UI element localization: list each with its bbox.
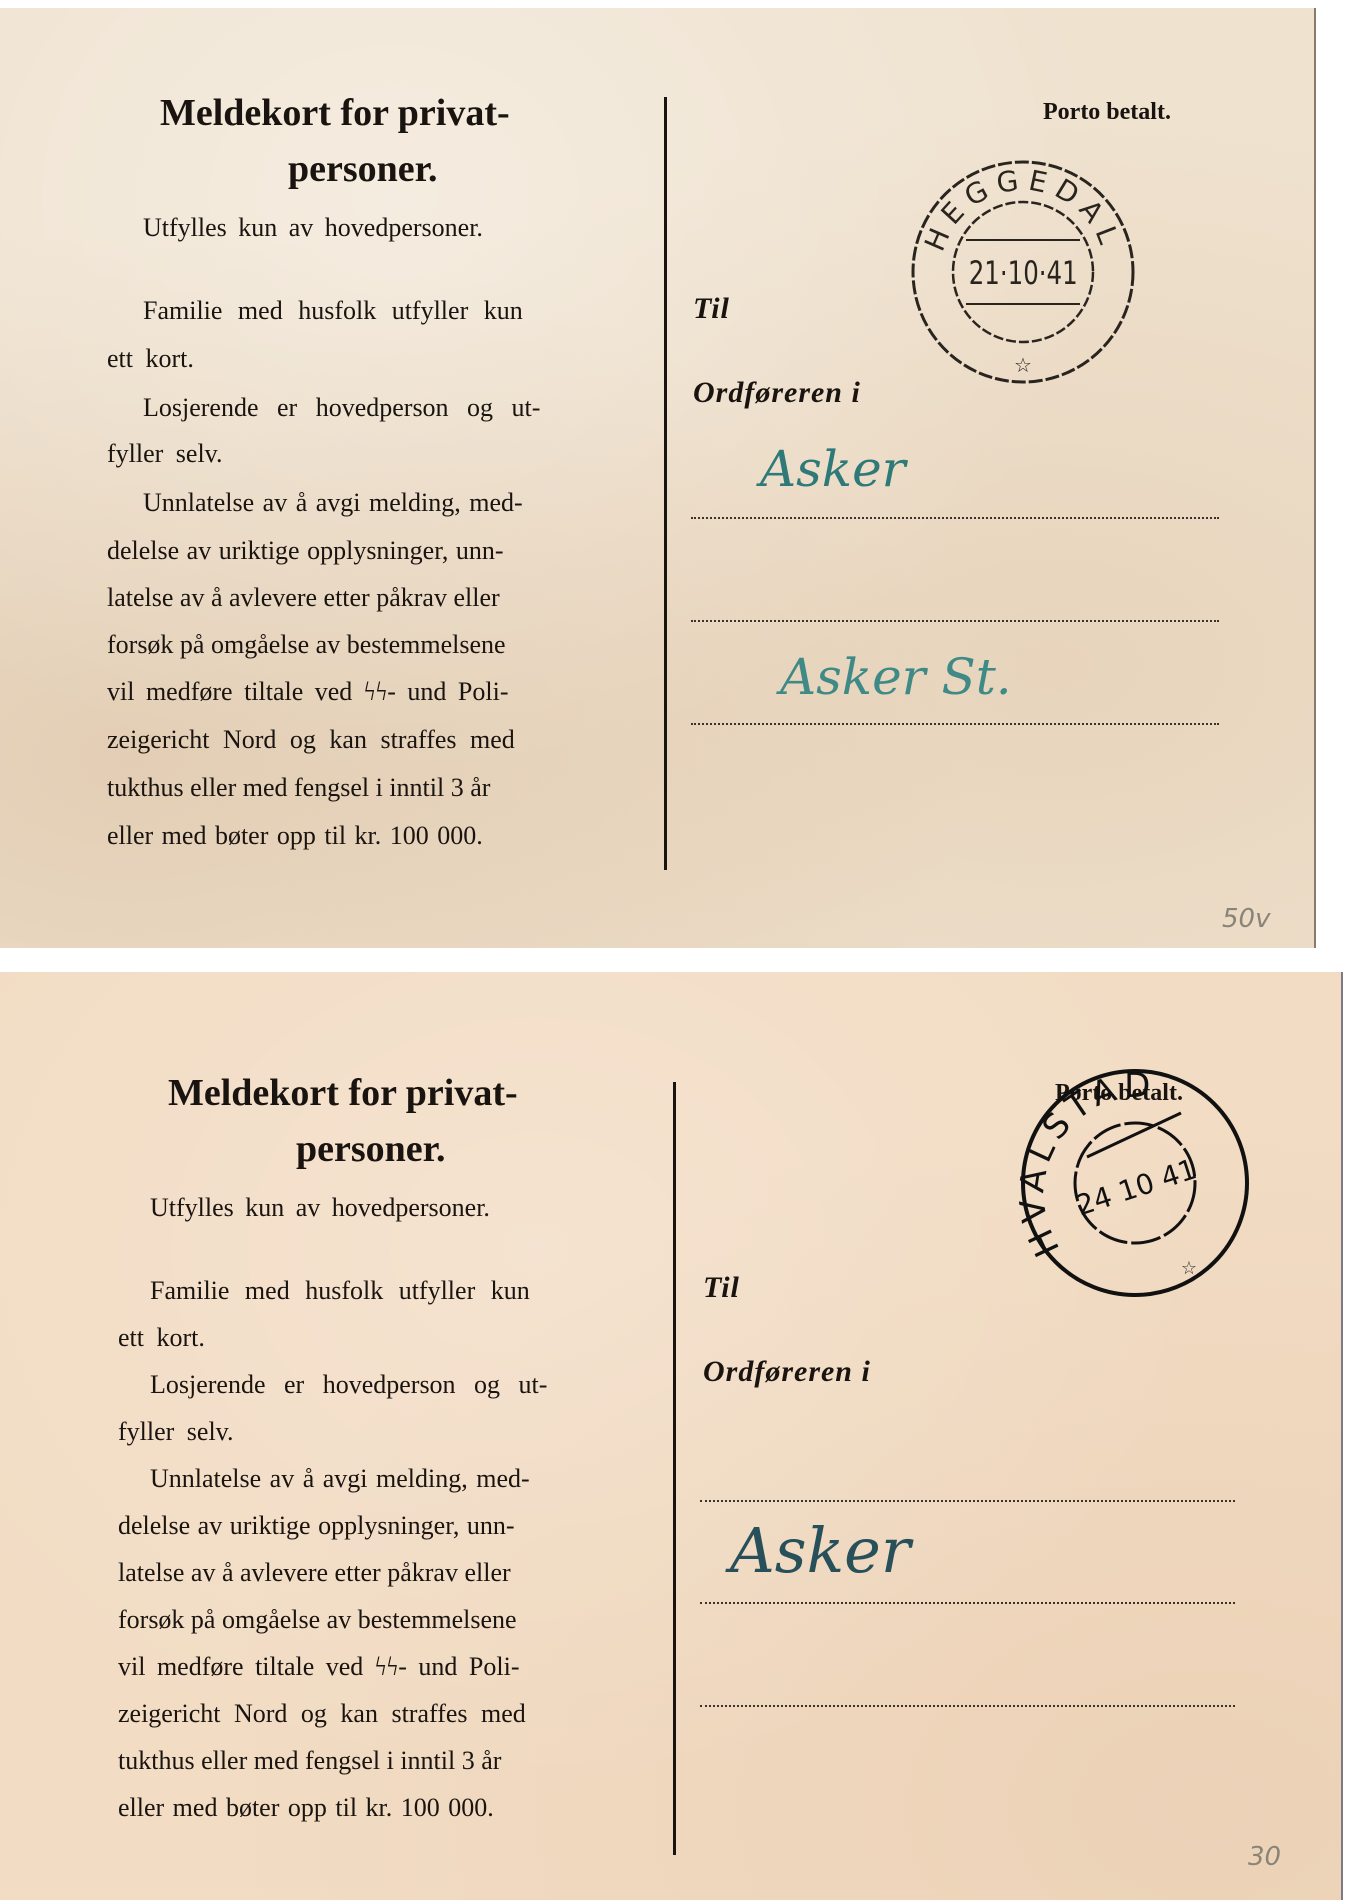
card-title-line1: Meldekort for privat- [168,1074,518,1112]
instruction-line: zeigericht Nord og kan straffes med [107,727,515,753]
instruction-line: Unnlatelse av å avgi melding, med- [150,1466,530,1492]
svg-text:24 10 41: 24 10 41 [1072,1152,1201,1222]
instruction-line: latelse av å avlevere etter påkrav eller [107,585,500,611]
pencil-price-note: 50v [1222,904,1270,934]
svg-text:HEGGEDAL: HEGGEDAL [918,163,1128,256]
postmark-stamp-icon: HVALSTAD 24 10 41 ☆ [1021,1069,1249,1297]
pencil-price-note: 30 [1248,1842,1281,1872]
address-line-2 [691,620,1219,622]
instruction-line: Losjerende er hovedperson og ut- [150,1372,547,1398]
address-to-label: Til [693,292,730,326]
instruction-line: delelse av uriktige opplysninger, unn- [107,538,503,564]
instruction-line: forsøk på omgåelse av bestemmelsene [107,632,506,658]
address-line-1 [700,1500,1235,1502]
registration-card-2: Meldekort for privat- personer. Utfylles… [0,972,1343,1900]
instruction-line: eller med bøter opp til kr. 100 000. [118,1795,494,1821]
vertical-divider [664,97,667,870]
instruction-line: Losjerende er hovedperson og ut- [143,395,540,421]
instruction-line: delelse av uriktige opplysninger, unn- [118,1513,514,1539]
instruction-line: vil medføre tiltale ved ϟϟ- und Poli- [107,679,509,705]
handwritten-municipality-2: Asker St. [780,648,1012,706]
card-subtitle: Utfylles kun av hovedpersoner. [150,1195,490,1221]
address-line-1 [691,517,1219,519]
card-title-line2: personer. [288,150,438,188]
instruction-line: Familie med husfolk utfyller kun [143,298,523,324]
instruction-line: eller med bøter opp til kr. 100 000. [107,823,483,849]
instruction-line: latelse av å avlevere etter påkrav eller [118,1560,511,1586]
instruction-line: zeigericht Nord og kan straffes med [118,1701,526,1727]
card-title-line1: Meldekort for privat- [160,94,510,132]
instruction-line: Unnlatelse av å avgi melding, med- [143,490,523,516]
address-recipient-label: Ordføreren i [693,376,861,410]
address-line-3 [691,723,1219,725]
instruction-line: ett kort. [118,1325,205,1351]
instruction-line: Familie med husfolk utfyller kun [150,1278,530,1304]
svg-text:☆: ☆ [1014,353,1032,377]
instruction-line: tukthus eller med fengsel i inntil 3 år [107,775,490,801]
instruction-line: fyller selv. [107,441,223,467]
address-to-label: Til [703,1271,740,1305]
registration-card-1: Meldekort for privat- personer. Utfylles… [0,8,1316,948]
address-line-3 [700,1705,1235,1707]
instruction-line: forsøk på omgåelse av bestemmelsene [118,1607,517,1633]
svg-text:☆: ☆ [1181,1258,1197,1279]
instruction-line: ett kort. [107,346,194,372]
instruction-line: fyller selv. [118,1419,234,1445]
card-title-line2: personer. [296,1130,446,1168]
address-recipient-label: Ordføreren i [703,1355,871,1389]
handwritten-municipality: Asker [730,1514,911,1587]
address-line-2 [700,1602,1235,1604]
postmark-stamp-icon: HEGGEDAL 21·10·41 ☆ [911,160,1135,384]
handwritten-municipality: Asker [760,440,906,498]
svg-text:21·10·41: 21·10·41 [969,255,1078,293]
vertical-divider [673,1082,676,1855]
postage-paid-label: Porto betalt. [1043,99,1171,126]
svg-text:HVALSTAD: HVALSTAD [1012,1066,1156,1263]
instruction-line: tukthus eller med fengsel i inntil 3 år [118,1748,501,1774]
card-subtitle: Utfylles kun av hovedpersoner. [143,215,483,241]
instruction-line: vil medføre tiltale ved ϟϟ- und Poli- [118,1654,520,1680]
